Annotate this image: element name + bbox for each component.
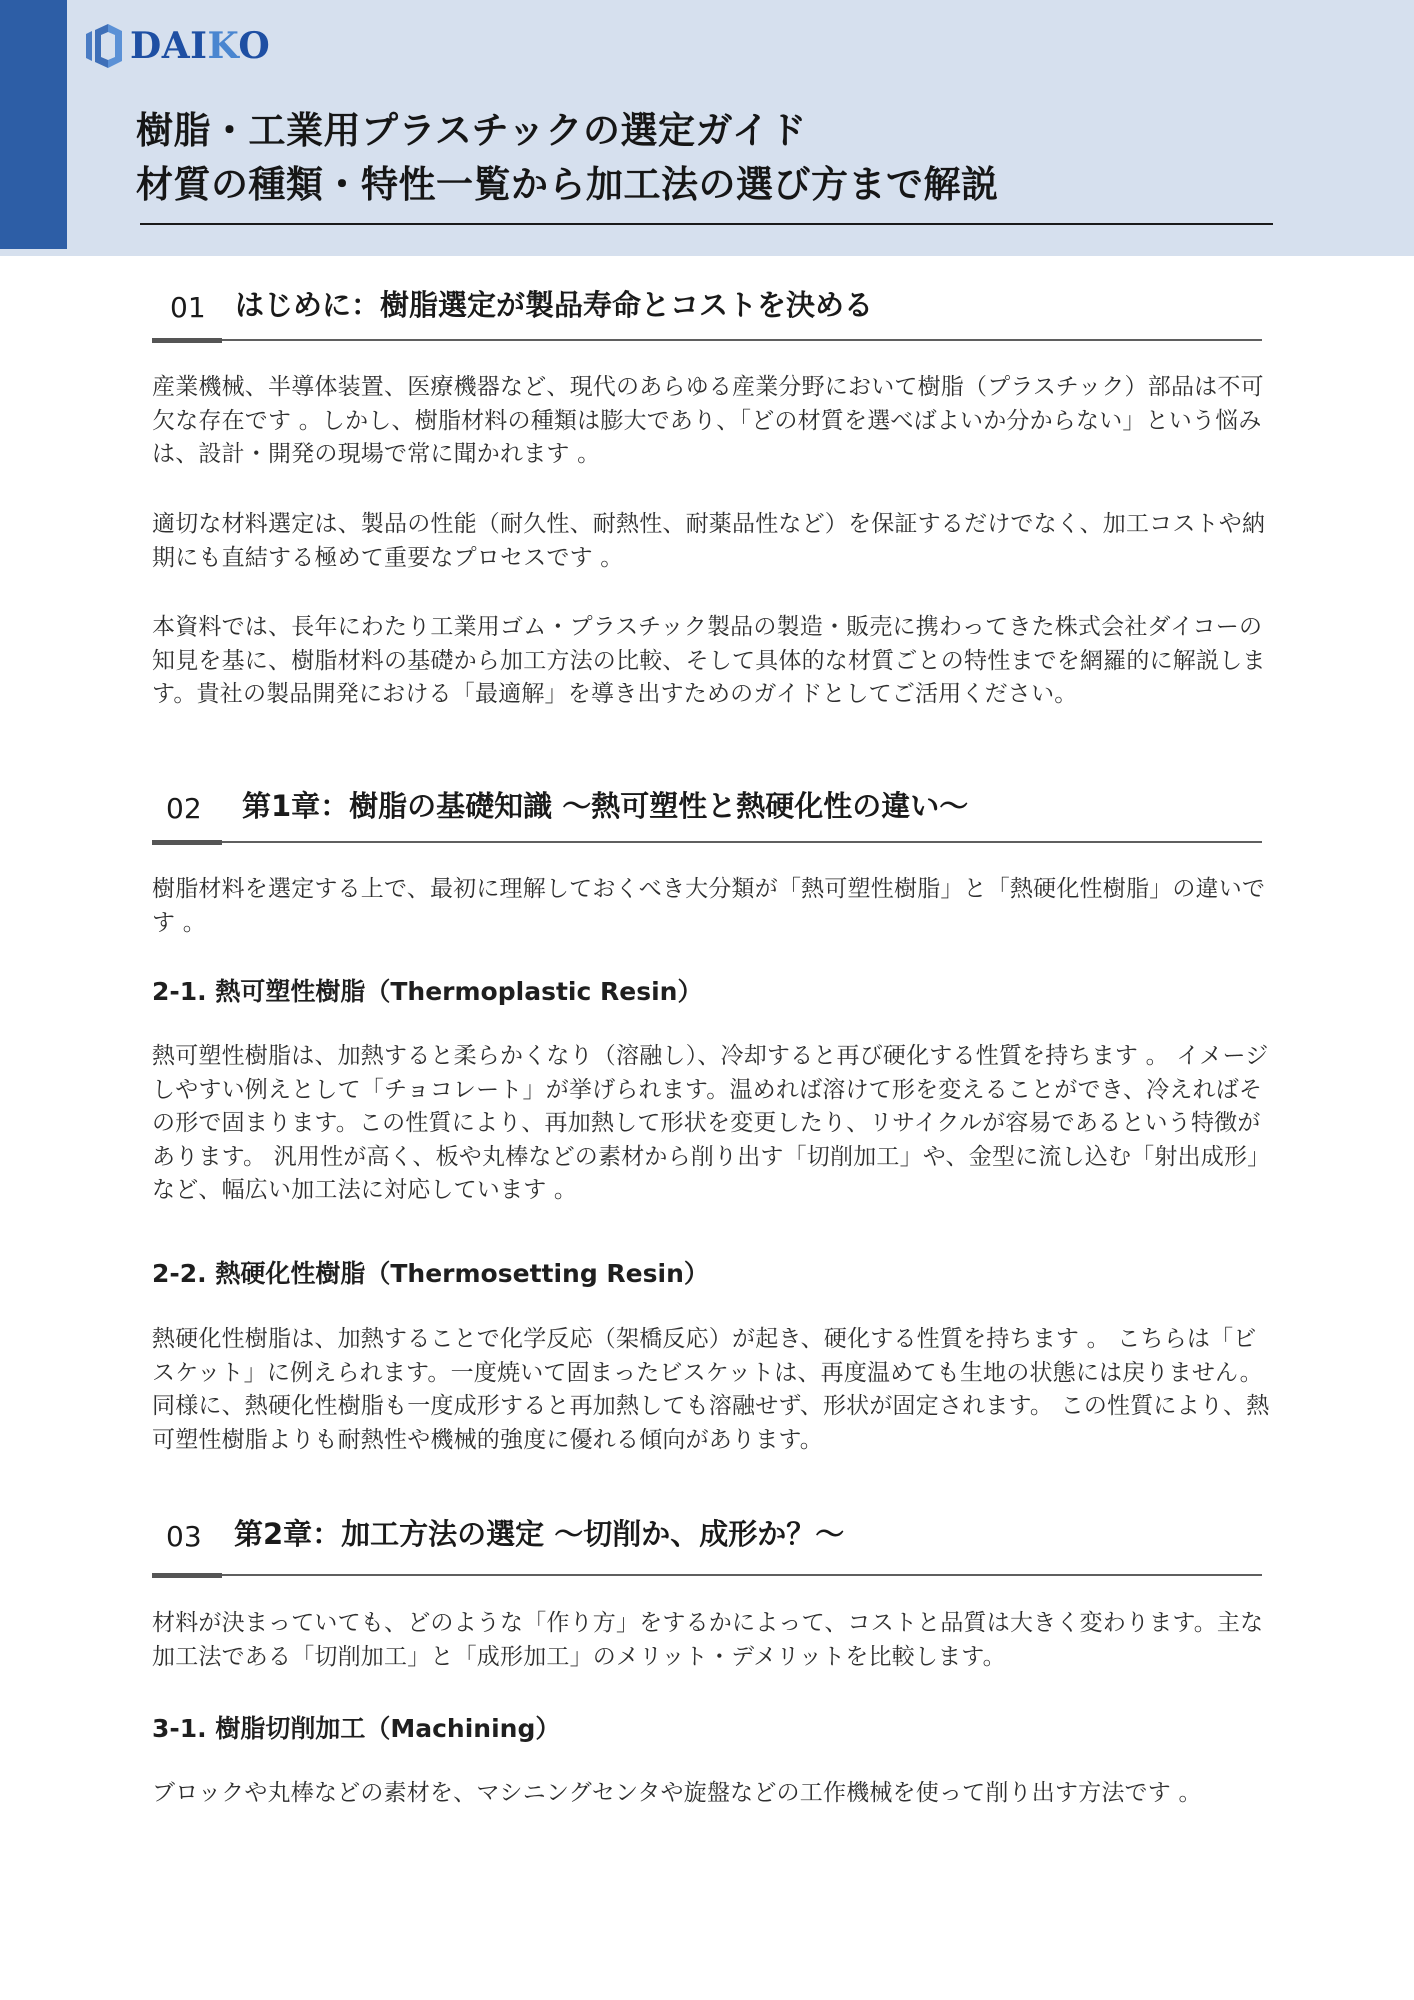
section-divider-accent — [152, 840, 222, 845]
header-accent-bar — [0, 0, 67, 249]
section-divider — [152, 841, 1262, 843]
document-title: 樹脂・工業用プラスチックの選定ガイド 材質の種類・特性一覧から加工法の選び方まで… — [136, 104, 999, 212]
document-title-line2: 材質の種類・特性一覧から加工法の選び方まで解説 — [136, 158, 999, 212]
subsection-heading: 2-1. 熱可塑性樹脂（Thermoplastic Resin） — [152, 972, 702, 1008]
daiko-logo-mark-icon — [86, 24, 124, 68]
section-divider-accent — [152, 1573, 222, 1578]
section-03-heading: 03 第2章：加工方法の選定 ～切削か、成形か？～ — [152, 1519, 1262, 1559]
subsection-heading: 2-2. 熱硬化性樹脂（Thermosetting Resin） — [152, 1254, 709, 1290]
section-divider-accent — [152, 338, 222, 343]
section-title: 第1章：樹脂の基礎知識 ～熱可塑性と熱硬化性の違い～ — [242, 784, 968, 825]
section-divider — [152, 339, 1262, 341]
section-title: はじめに：樹脂選定が製品寿命とコストを決める — [235, 283, 873, 324]
section-divider — [152, 1574, 1262, 1576]
document-title-line1: 樹脂・工業用プラスチックの選定ガイド — [136, 104, 999, 158]
logo-wordmark: DAIKO — [130, 24, 270, 68]
paragraph: 本資料では、長年にわたり工業用ゴム・プラスチック製品の製造・販売に携わってきた株… — [152, 611, 1272, 712]
section-number: 02 — [166, 792, 202, 825]
paragraph: 材料が決まっていても、どのような「作り方」をするかによって、コストと品質は大きく… — [152, 1607, 1272, 1674]
title-divider — [140, 223, 1273, 225]
logo-text-o: O — [238, 25, 270, 67]
section-number: 03 — [166, 1520, 202, 1553]
paragraph: 適切な材料選定は、製品の性能（耐久性、耐熱性、耐薬品性など）を保証するだけでなく… — [152, 508, 1272, 575]
paragraph: 熱可塑性樹脂は、加熱すると柔らかくなり（溶融し）、冷却すると再び硬化する性質を持… — [152, 1040, 1272, 1208]
paragraph: ブロックや丸棒などの素材を、マシニングセンタや旋盤などの工作機械を使って削り出す… — [152, 1777, 1272, 1811]
company-logo: DAIKO — [86, 24, 270, 68]
logo-text-dai: DAI — [130, 25, 208, 67]
section-01-heading: 01 はじめに：樹脂選定が製品寿命とコストを決める — [152, 290, 1262, 330]
section-number: 01 — [170, 291, 206, 324]
paragraph: 産業機械、半導体装置、医療機器など、現代のあらゆる産業分野において樹脂（プラスチ… — [152, 371, 1272, 472]
paragraph: 熱硬化性樹脂は、加熱することで化学反応（架橋反応）が起き、硬化する性質を持ちます… — [152, 1323, 1272, 1457]
subsection-heading: 3-1. 樹脂切削加工（Machining） — [152, 1709, 560, 1745]
logo-text-k: K — [208, 25, 239, 67]
paragraph: 樹脂材料を選定する上で、最初に理解しておくべき大分類が「熱可塑性樹脂」と「熱硬化… — [152, 873, 1272, 940]
section-02-heading: 02 第1章：樹脂の基礎知識 ～熱可塑性と熱硬化性の違い～ — [152, 791, 1262, 831]
section-title: 第2章：加工方法の選定 ～切削か、成形か？～ — [234, 1512, 844, 1553]
